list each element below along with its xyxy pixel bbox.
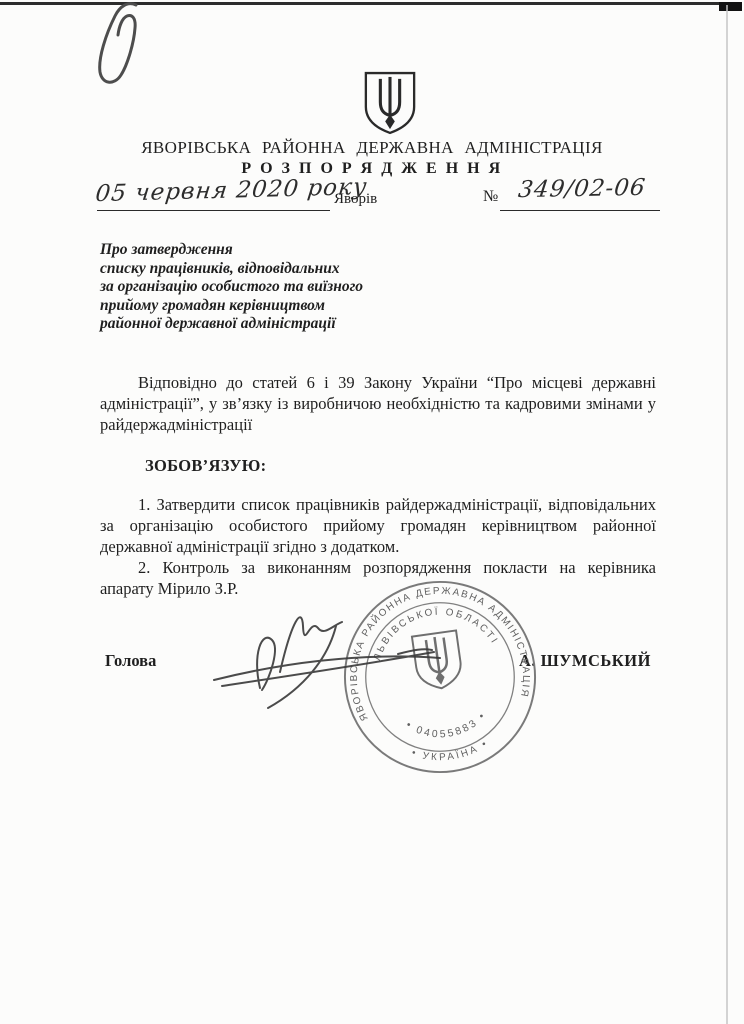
- subject-line: списку працівників, відповідальних: [100, 260, 480, 279]
- signature: [208, 592, 448, 710]
- subject-line: за організацію особистого та виїзного: [100, 278, 480, 297]
- date-underline: [97, 210, 330, 211]
- signer-title: Голова: [105, 651, 156, 671]
- handwritten-document-number: 349/02-06: [500, 175, 664, 204]
- document-number-label: №: [483, 188, 498, 206]
- org-name-title: ЯВОРІВСЬКА РАЙОННА ДЕРЖАВНА АДМІНІСТРАЦІ…: [0, 138, 744, 158]
- directive-heading: ЗОБОВ’ЯЗУЮ:: [145, 456, 266, 476]
- subject-line: районної державної адміністрації: [100, 315, 480, 334]
- scanned-decree-document: ЯВОРІВСЬКА РАЙОННА ДЕРЖАВНА АДМІНІСТРАЦІ…: [0, 0, 744, 1024]
- subject-line: Про затвердження: [100, 241, 480, 260]
- subject-line: прийому громадян керівництвом: [100, 297, 480, 316]
- handwritten-date: 05 червня 2020 року: [94, 175, 338, 207]
- preamble-paragraph: Відповідно до статей 6 і 39 Закону Украї…: [100, 372, 656, 435]
- paperclip-icon: [84, 2, 164, 90]
- number-underline: [500, 210, 660, 211]
- trident-emblem-icon: [362, 70, 418, 136]
- decree-items: 1. Затвердити список працівників райдерж…: [100, 494, 656, 599]
- scan-artifact-corner-mark: [719, 2, 742, 11]
- preamble-paragraph-wrap: Відповідно до статей 6 і 39 Закону Украї…: [100, 372, 656, 435]
- subject-block: Про затвердження списку працівників, від…: [100, 241, 480, 334]
- place-name: Яворів: [334, 191, 377, 208]
- decree-item-1: 1. Затвердити список працівників райдерж…: [100, 494, 656, 557]
